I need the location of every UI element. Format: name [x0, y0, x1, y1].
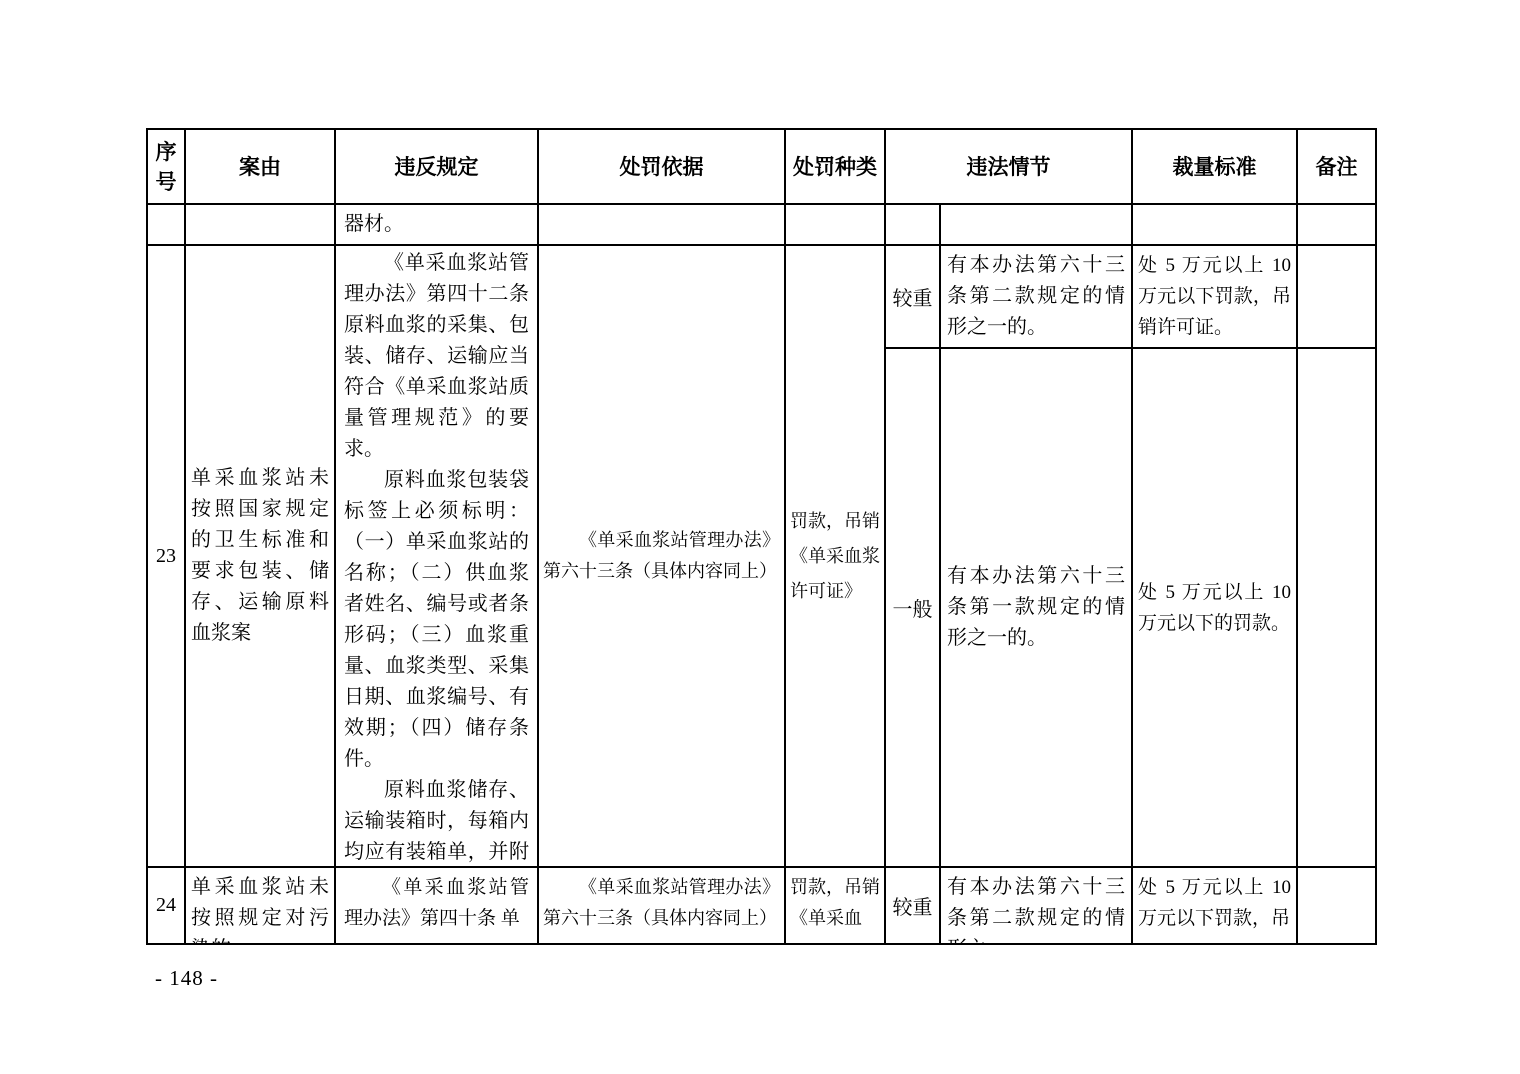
header-cell-serial-no: 序号	[148, 130, 186, 205]
violation-text: 《单采血浆站管理办法》第四十条 单	[344, 872, 529, 934]
row24-basis-cell: 《单采血浆站管理办法》第六十三条（具体内容同上）	[539, 868, 786, 945]
header-cell-penalty-basis: 处罚依据	[539, 130, 786, 205]
header-label: 序号	[148, 137, 184, 197]
serial-number: 24	[156, 890, 176, 921]
row23-serial-cell: 23	[148, 246, 186, 868]
prev-row-serial-cell-empty	[148, 205, 186, 246]
header-label: 裁量标准	[1173, 152, 1257, 182]
standard-text: 处 5 万元以上 10 万元以下罚款，吊销许可证。	[1138, 250, 1291, 343]
prev-row-basis-cell-empty	[539, 205, 786, 246]
penalty-standards-table: 序号 案由 违反规定 处罚依据 处罚种类 违法情节 裁量标准 备注 器材。	[146, 128, 1377, 945]
header-cell-case: 案由	[186, 130, 336, 205]
case-text: 单采血浆站未按照国家规定的卫生标准和要求包装、储存、运输原料血浆案	[191, 463, 329, 649]
severity-label: 较重	[893, 891, 933, 920]
header-cell-remarks: 备注	[1298, 130, 1377, 205]
row24-remarks-cell-empty	[1298, 868, 1377, 945]
penalty-type-text: 罚款，吊销《单采血浆许可证》	[790, 504, 880, 609]
severity-label: 一般	[893, 593, 933, 622]
page-number: - 148 -	[155, 966, 218, 991]
circumstance-text: 有本办法第六十三条第二款规定的情形之	[947, 872, 1125, 945]
prev-row-circumstance-cell-empty	[941, 205, 1133, 246]
header-label: 备注	[1316, 152, 1358, 182]
row23-severe-remarks-cell-empty	[1298, 246, 1377, 349]
case-text: 单采血浆站未按照规定对污染的	[191, 872, 329, 945]
row24-circumstance-cell: 有本办法第六十三条第二款规定的情形之	[941, 868, 1133, 945]
circumstance-text: 有本办法第六十三条第二款规定的情形之一的。	[947, 250, 1125, 343]
row23-severe-standard-cell: 处 5 万元以上 10 万元以下罚款，吊销许可证。	[1133, 246, 1298, 349]
row23-penalty-type-cell: 罚款，吊销《单采血浆许可证》	[786, 246, 886, 868]
header-cell-discretion-standard: 裁量标准	[1133, 130, 1298, 205]
basis-text: 《单采血浆站管理办法》第六十三条（具体内容同上）	[543, 525, 780, 587]
row23-severe-circumstance-cell: 有本办法第六十三条第二款规定的情形之一的。	[941, 246, 1133, 349]
prev-row-remarks-cell-empty	[1298, 205, 1377, 246]
row23-basis-cell: 《单采血浆站管理办法》第六十三条（具体内容同上）	[539, 246, 786, 868]
row24-serial-cell: 24	[148, 868, 186, 945]
penalty-type-text: 罚款，吊销《单采血	[790, 872, 880, 934]
header-label: 处罚依据	[620, 152, 704, 182]
row24-standard-cell: 处 5 万元以上 10 万元以下罚款，吊	[1133, 868, 1298, 945]
header-cell-illegal-circumstance: 违法情节	[886, 130, 1133, 205]
prev-row-severity-cell-empty	[886, 205, 941, 246]
row23-case-cell: 单采血浆站未按照国家规定的卫生标准和要求包装、储存、运输原料血浆案	[186, 246, 336, 868]
header-label: 违法情节	[967, 152, 1051, 182]
row24-penalty-type-cell: 罚款，吊销《单采血	[786, 868, 886, 945]
header-cell-penalty-type: 处罚种类	[786, 130, 886, 205]
violation-tail-text: 器材。	[344, 213, 404, 235]
serial-number: 23	[156, 541, 176, 572]
prev-row-standard-cell-empty	[1133, 205, 1298, 246]
violation-paragraph-3: 原料血浆储存、运输装箱时，每箱内均应有装箱单，并附有化验合格单以及血浆复检标本。	[344, 775, 529, 868]
row23-general-severity-cell: 一般	[886, 349, 941, 868]
header-cell-violated-provision: 违反规定	[336, 130, 539, 205]
row24-case-cell: 单采血浆站未按照规定对污染的	[186, 868, 336, 945]
violation-paragraph-2: 原料血浆包装袋标签上必须标明：（一）单采血浆站的名称；（二）供血浆者姓名、编号或…	[344, 465, 529, 775]
document-page: 序号 案由 违反规定 处罚依据 处罚种类 违法情节 裁量标准 备注 器材。	[0, 0, 1520, 1074]
row23-general-circumstance-cell: 有本办法第六十三条第一款规定的情形之一的。	[941, 349, 1133, 868]
prev-row-penalty-type-cell-empty	[786, 205, 886, 246]
header-label: 违反规定	[395, 152, 479, 182]
header-label: 处罚种类	[793, 152, 877, 182]
severity-label: 较重	[893, 282, 933, 311]
basis-text: 《单采血浆站管理办法》第六十三条（具体内容同上）	[543, 872, 780, 934]
prev-row-case-cell-empty	[186, 205, 336, 246]
row23-general-standard-cell: 处 5 万元以上 10 万元以下的罚款。	[1133, 349, 1298, 868]
prev-row-violation-tail-cell: 器材。	[336, 205, 539, 246]
standard-text: 处 5 万元以上 10 万元以下的罚款。	[1138, 577, 1291, 639]
circumstance-text: 有本办法第六十三条第一款规定的情形之一的。	[947, 561, 1125, 654]
row23-severe-severity-cell: 较重	[886, 246, 941, 349]
violation-paragraph-1: 《单采血浆站管理办法》第四十二条 原料血浆的采集、包装、储存、运输应当符合《单采…	[344, 248, 529, 465]
row23-general-remarks-cell-empty	[1298, 349, 1377, 868]
row24-severity-cell: 较重	[886, 868, 941, 945]
header-label: 案由	[239, 152, 281, 182]
standard-text: 处 5 万元以上 10 万元以下罚款，吊	[1138, 872, 1291, 934]
row24-violation-cell: 《单采血浆站管理办法》第四十条 单	[336, 868, 539, 945]
row23-violation-cell: 《单采血浆站管理办法》第四十二条 原料血浆的采集、包装、储存、运输应当符合《单采…	[336, 246, 539, 868]
